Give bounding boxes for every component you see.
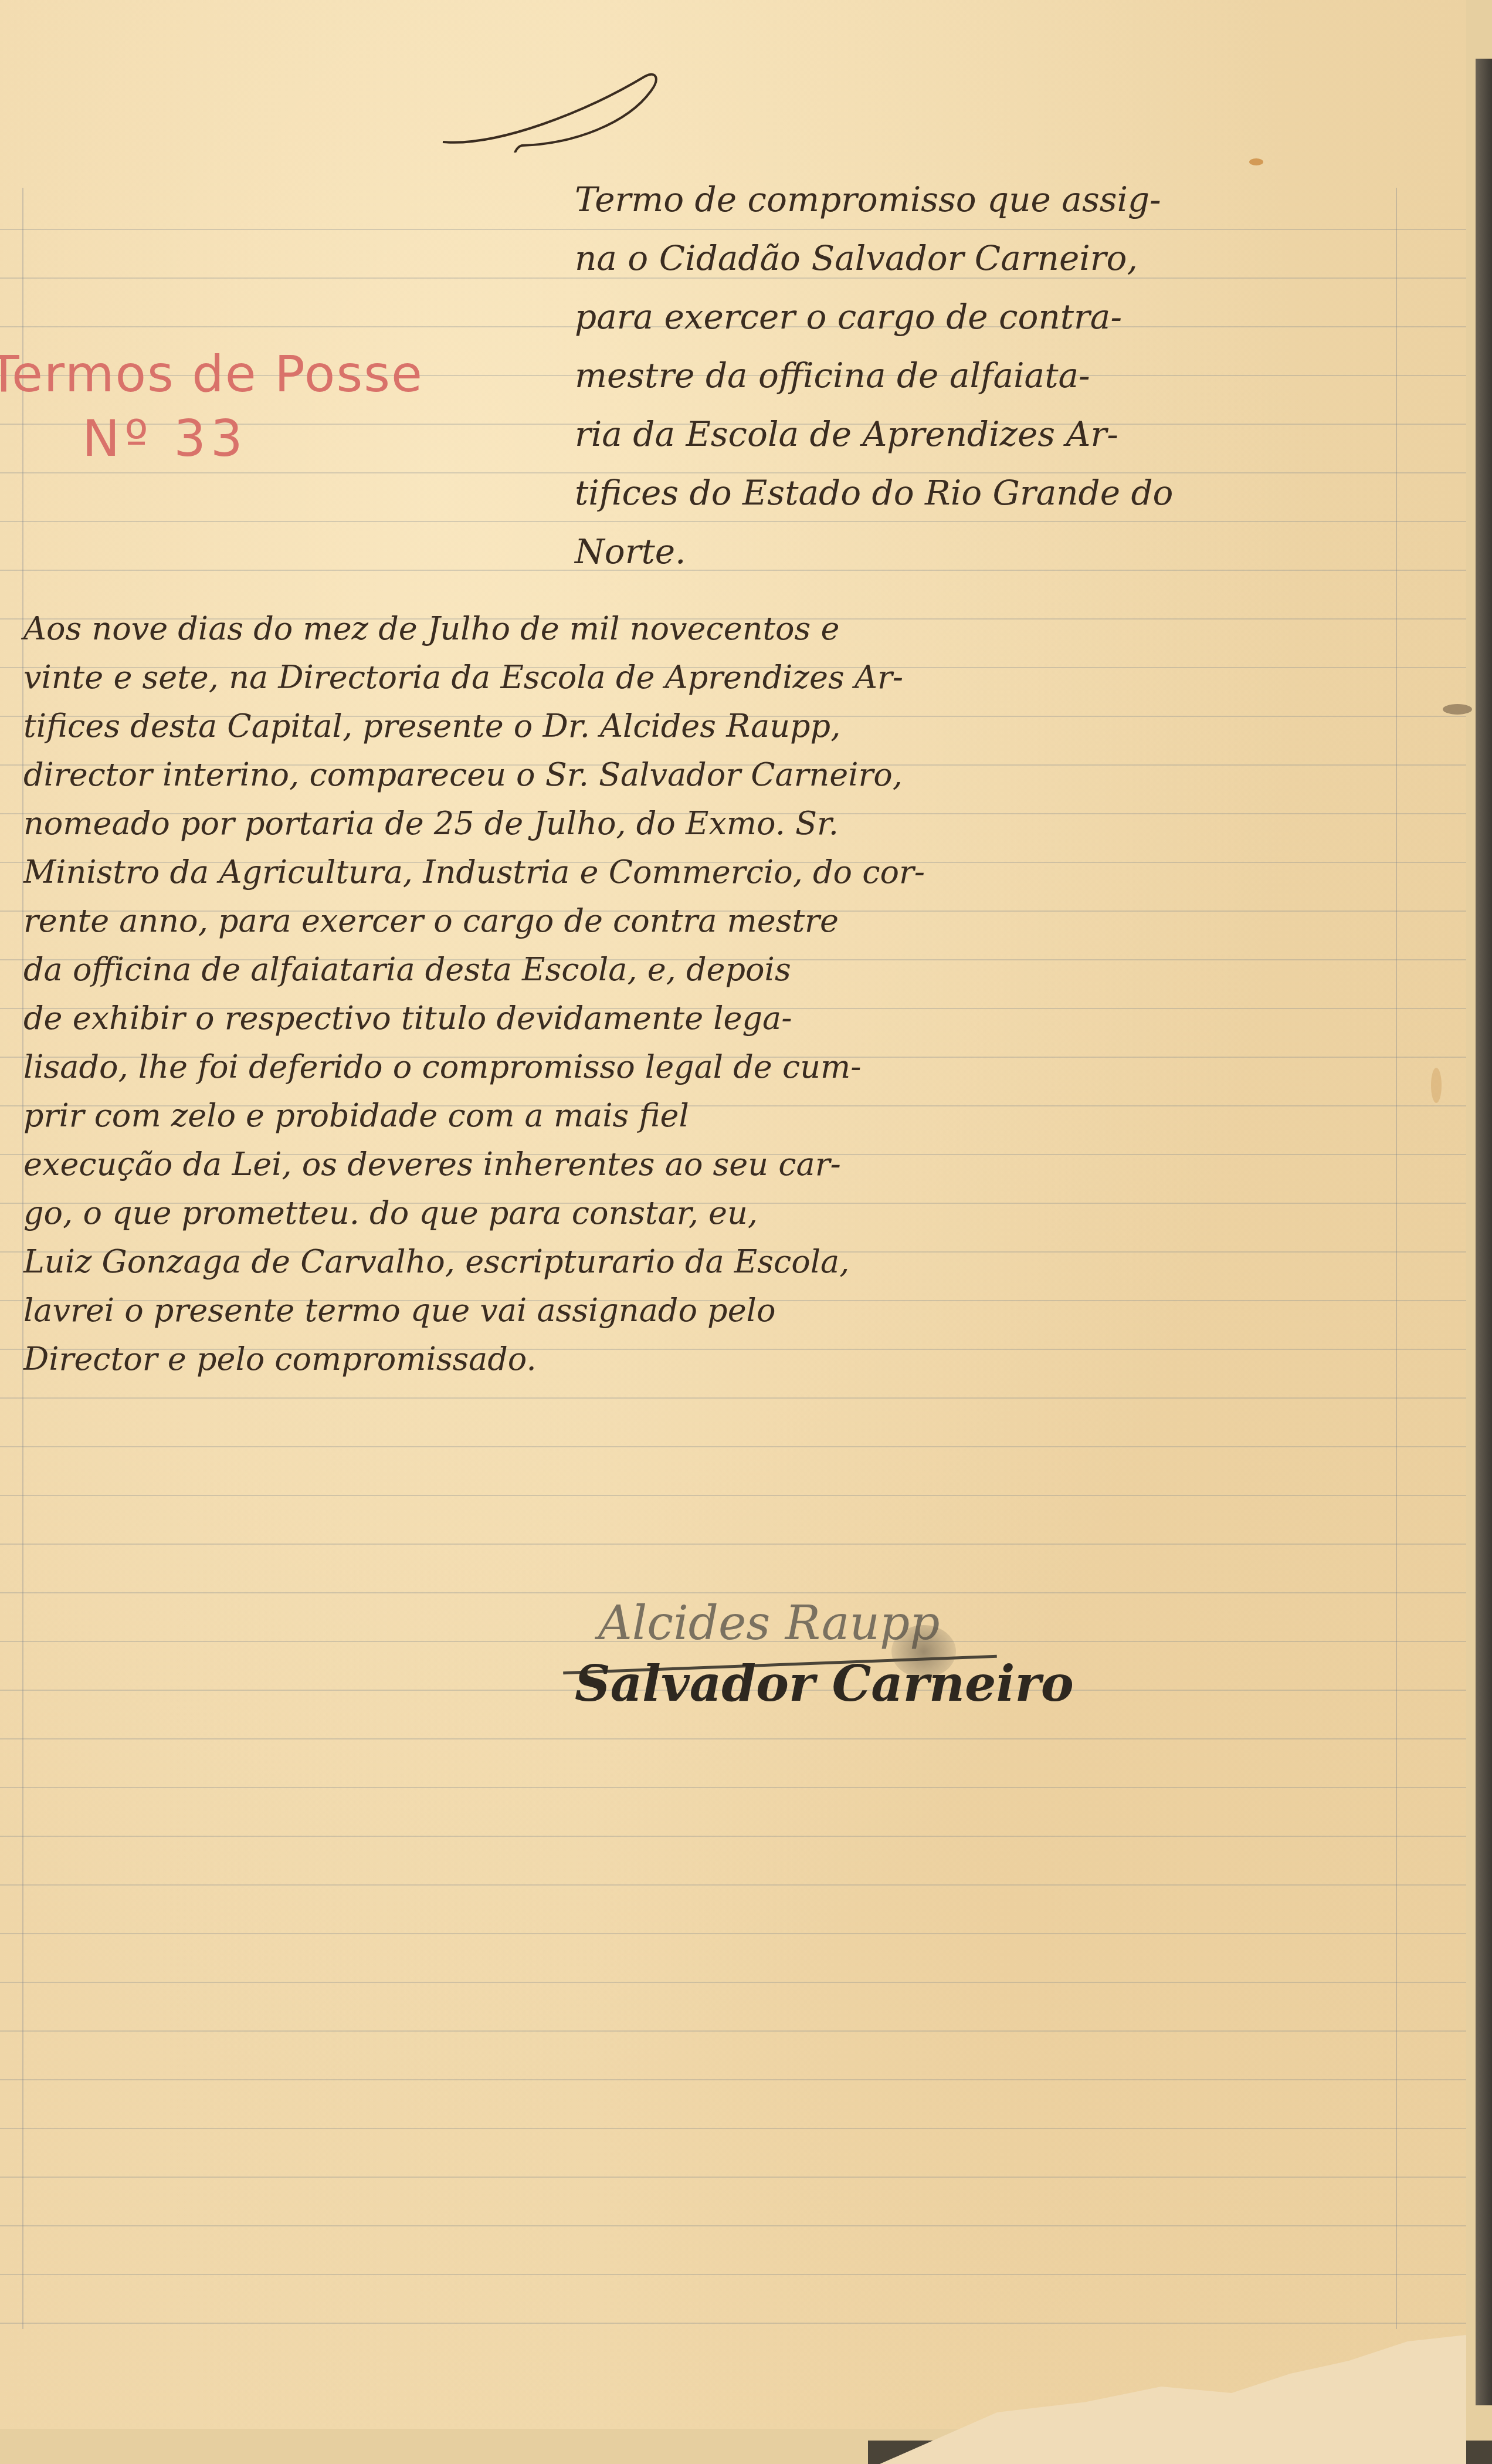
stain-spot	[1249, 158, 1263, 165]
ruled-line	[0, 1592, 1466, 1593]
stain-spot	[1443, 704, 1472, 715]
heading-line: tifices do Estado do Rio Grande do	[575, 463, 1396, 522]
body-line: rente anno, para exercer o cargo de cont…	[23, 896, 1396, 945]
ruled-line	[0, 1738, 1466, 1739]
body-line: Ministro da Agricultura, Industria e Com…	[23, 848, 1396, 896]
body-line: Aos nove dias do mez de Julho de mil nov…	[23, 604, 1396, 653]
signature-director: Alcides Raupp	[598, 1596, 940, 1650]
heading-line: Norte.	[575, 522, 1396, 581]
ruled-line	[0, 2079, 1466, 2080]
heading-line: ria da Escola de Aprendizes Ar-	[575, 405, 1396, 463]
book-binding-edge	[1476, 59, 1492, 2405]
stamp-title: Termos de Posse	[0, 346, 423, 402]
heading-line: Termo de compromisso que assig-	[575, 170, 1396, 229]
body-line: director interino, compareceu o Sr. Salv…	[23, 750, 1396, 799]
body-line: Director e pelo compromissado.	[23, 1335, 1396, 1383]
document-page: Termos de Posse Nº 33 Termo de compromis…	[0, 0, 1466, 2429]
body-line: prir com zelo e probidade com a mais fie…	[23, 1091, 1396, 1140]
ruled-line	[0, 1544, 1466, 1545]
body-line: de exhibir o respectivo titulo devidamen…	[23, 994, 1396, 1043]
body-line: vinte e sete, na Directoria da Escola de…	[23, 653, 1396, 702]
heading-line: para exercer o cargo de contra-	[575, 287, 1396, 346]
body-line: execução da Lei, os deveres inherentes a…	[23, 1140, 1396, 1189]
body-line: nomeado por portaria de 25 de Julho, do …	[23, 799, 1396, 848]
ruled-line	[0, 2128, 1466, 2129]
ruled-line	[0, 2323, 1466, 2324]
ruled-line	[0, 1836, 1466, 1837]
body-line: lisado, lhe foi deferido o compromisso l…	[23, 1043, 1396, 1091]
ruled-line	[0, 2177, 1466, 2178]
body-line: go, o que prometteu. do que para constar…	[23, 1189, 1396, 1237]
ruled-line	[0, 1982, 1466, 1983]
ruled-line	[0, 1446, 1466, 1447]
ruled-line	[0, 1933, 1466, 1934]
heading-line: mestre da officina de alfaiata-	[575, 346, 1396, 405]
document-body: Aos nove dias do mez de Julho de mil nov…	[23, 604, 1396, 1383]
ruled-line	[0, 2225, 1466, 2226]
right-margin-rule	[1396, 188, 1397, 2329]
ruled-line	[0, 1884, 1466, 1886]
ruled-line	[0, 2030, 1466, 2032]
signature-appointee: Salvador Carneiro	[575, 1654, 1074, 1712]
document-heading: Termo de compromisso que assig- na o Cid…	[575, 170, 1396, 581]
ruled-line	[0, 2274, 1466, 2275]
pen-flourish-icon	[411, 47, 716, 153]
heading-line: na o Cidadão Salvador Carneiro,	[575, 229, 1396, 287]
ruled-line	[0, 1787, 1466, 1788]
stain-spot	[1431, 1068, 1442, 1103]
ruled-line	[0, 1397, 1466, 1399]
body-line: da officina de alfaiataria desta Escola,…	[23, 945, 1396, 994]
stamp-number: Nº 33	[82, 411, 247, 467]
body-line: lavrei o presente termo que vai assignad…	[23, 1286, 1396, 1335]
body-line: Luiz Gonzaga de Carvalho, escripturario …	[23, 1237, 1396, 1286]
ruled-line	[0, 1495, 1466, 1496]
body-line: tifices desta Capital, presente o Dr. Al…	[23, 702, 1396, 750]
